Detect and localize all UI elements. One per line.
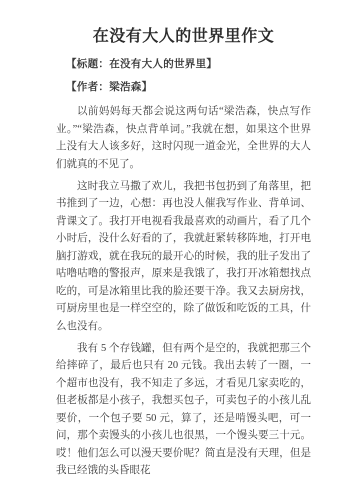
paragraph-2: 这时我立马撒了欢儿，我把书包扔到了角落里，把书推到了一边，心想：再也没人催我写作… bbox=[56, 178, 311, 336]
document-page: 在没有大人的世界里作文 【标题：在没有大人的世界里】 【作者：梁浩森】 以前妈妈… bbox=[0, 0, 360, 479]
meta-author-line: 【作者：梁浩森】 bbox=[66, 80, 311, 96]
essay-body: 以前妈妈每天都会说这两句话“梁浩森，快点写作业。”“梁浩森，快点背单词。”我就在… bbox=[56, 103, 311, 479]
meta-block: 【标题：在没有大人的世界里】 【作者：梁浩森】 bbox=[56, 57, 311, 96]
paragraph-1: 以前妈妈每天都会说这两句话“梁浩森，快点写作业。”“梁浩森，快点背单词。”我就在… bbox=[56, 103, 311, 173]
paragraph-3: 我有 5 个存钱罐，但有两个是空的，我就把那三个给摔碎了，最后也只有 20 元钱… bbox=[56, 340, 311, 479]
page-title: 在没有大人的世界里作文 bbox=[56, 27, 311, 46]
meta-title-line: 【标题：在没有大人的世界里】 bbox=[66, 57, 311, 73]
